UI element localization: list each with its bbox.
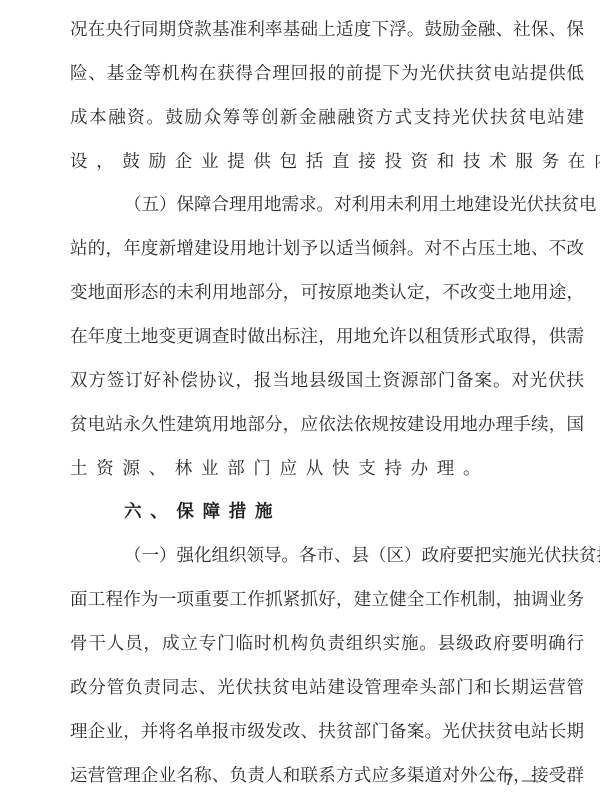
- text-line: 险、基金等机构在获得合理回报的前提下为光伏扶贫电站提供低: [70, 59, 584, 89]
- text-line: 骨干人员，成立专门临时机构负责组织实施。县级政府要明确行: [70, 629, 584, 659]
- text-line: 变地面形态的未利用地部分，可按原地类认定，不改变土地用途，: [70, 278, 584, 308]
- text-line: 成本融资。鼓励众筹等创新金融融资方式支持光伏扶贫电站建: [70, 103, 584, 133]
- text-line: 土资源、林业部门应从快支持办理。: [70, 454, 584, 484]
- text-line: 面工程作为一项重要工作抓紧抓好，建立健全工作机制，抽调业务: [70, 585, 584, 615]
- text-line: 在年度土地变更调查时做出标注，用地允许以租赁形式取得，供需: [70, 322, 584, 352]
- document-page: 况在央行同期贷款基准利率基础上适度下浮。鼓励金融、社保、保险、基金等机构在获得合…: [0, 0, 600, 804]
- text-line: 双方签订好补偿协议，报当地县级国土资源部门备案。对光伏扶: [70, 366, 584, 396]
- page-number: — 7 —: [470, 772, 550, 790]
- text-line: （一）强化组织领导。各市、县（区）政府要把实施光伏扶贫扩: [124, 541, 584, 571]
- text-line: 况在央行同期贷款基准利率基础上适度下浮。鼓励金融、社保、保: [70, 15, 584, 45]
- text-line: （五）保障合理用地需求。对利用未利用土地建设光伏扶贫电: [124, 190, 584, 220]
- section-heading: 六、保障措施: [124, 497, 584, 527]
- text-line: 站的，年度新增建设用地计划予以适当倾斜。对不占压土地、不改: [70, 234, 584, 264]
- text-line: 政分管负责同志、光伏扶贫电站建设管理牵头部门和长期运营管: [70, 673, 584, 703]
- text-line: 设，鼓励企业提供包括直接投资和技术服务在内的多种支持。: [70, 147, 584, 177]
- text-line: 理企业，并将名单报市级发改、扶贫部门备案。光伏扶贫电站长期: [70, 717, 584, 747]
- text-line: 贫电站永久性建筑用地部分，应依法依规按建设用地办理手续，国: [70, 410, 584, 440]
